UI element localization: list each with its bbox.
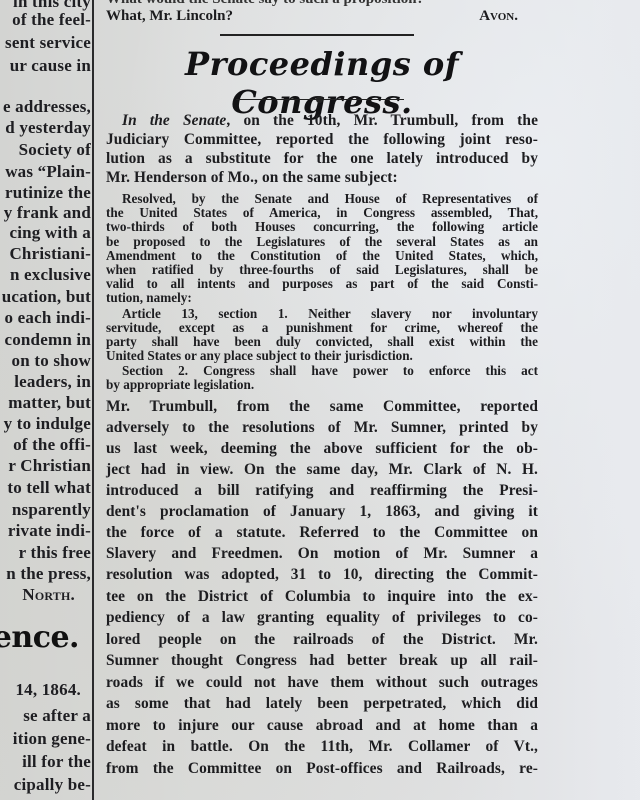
left-col-line: ur cause in [10,56,91,76]
report-line: the force of a statute. Referred to the … [106,524,538,542]
left-col-line: y frank and [4,203,91,223]
left-col-line: on to show [12,351,91,371]
left-col-line: to tell what [7,478,91,498]
left-col-line: Society of [19,140,91,160]
left-col-line: ucation, but [2,287,91,307]
report-line: dent's proclamation of January 1, 1863, … [106,503,538,521]
report-line: pediency of a law granting equality of p… [106,609,538,627]
left-col-line: was “Plain- [5,162,91,182]
left-col-line: r this free [19,543,91,563]
left-col-line: n the press, [6,564,91,584]
resolution-line: two-thirds of both Houses concurring, th… [106,220,538,234]
resolution-line: when ratified by three-fourths of said L… [106,263,538,277]
article-line: by appropriate legislation. [106,378,538,392]
left-col-line: y to indulge [4,414,91,434]
left-col-line: leaders, in [14,372,91,392]
left-col-line: r Christian [8,456,91,476]
previous-article-ending: What, Mr. Lincoln? Avon. [106,8,518,25]
report-line: from the Committee on Post-offices and R… [106,760,538,778]
left-col-heading: ndence. [0,620,79,655]
left-col-line: o each indi- [5,308,91,328]
intro-line: In the Senate, on the 10th, Mr. Trumbull… [106,112,538,130]
left-col-line: of the offi- [13,435,91,455]
intro-line: Mr. Henderson of Mo., on the same subjec… [106,169,538,187]
left-col-line: n exclusive [10,265,91,285]
report-line: adversely to the resolutions of Mr. Sumn… [106,419,538,437]
resolution-line: the United States of America, in Congres… [106,206,538,220]
resolution-line: tution, namely: [106,291,538,305]
report-line: us last week, deeming the above sufficie… [106,440,538,458]
report-line: Slavery and Freedmen. On motion of Mr. S… [106,545,538,563]
report-line: roads if we could not have them without … [106,674,538,692]
resolution-line: Amendment to the Constitution of the Uni… [106,249,538,263]
intro-line: lution as a substitute for the one latel… [106,150,538,168]
report-line: Sumner thought Congress had better break… [106,652,538,670]
section-rule [220,34,414,36]
left-col-signature: North. [22,585,75,605]
report-line: as some that had lately been perpetrated… [106,695,538,713]
left-col-line: sent service [5,33,91,53]
left-col-line: rutinize the [5,183,91,203]
left-col-line: d yesterday [5,118,91,138]
resolution-line: Resolved, by the Senate and House of Rep… [106,192,538,206]
report-line: ject had in view. On the same day, Mr. C… [106,461,538,479]
article-line: servitude, except as a punishment for cr… [106,321,538,335]
article-line: party shall have been duly convicted, sh… [106,335,538,349]
left-column-cropped: in this city of the feel- sent service u… [0,0,93,800]
report-line: Mr. Trumbull, from the same Committee, r… [106,398,538,416]
left-col-line: nsparently [12,500,91,520]
left-col-line: Christiani- [9,244,91,264]
left-col-line: matter, but [8,393,91,413]
report-line: lored people on the railroads of the Dis… [106,631,538,649]
article-line: United States or any place subject to th… [106,349,538,363]
signature: Avon. [479,8,518,25]
left-col-line: ition gene- [13,729,91,749]
ornamental-rule [236,99,404,100]
left-col-line: se after a [23,706,91,726]
report-line: introduced a bill ratifying and reaffirm… [106,482,538,500]
closing-line: What, Mr. Lincoln? [106,8,233,25]
left-col-line: condemn in [4,330,91,350]
resolution-line: valid to all intents and purposes as par… [106,277,538,291]
cropped-previous-line: What would the Senate say to such a prop… [106,0,424,8]
report-line: resolution was adopted, 31 to 10, direct… [106,566,538,584]
article-line: Section 2. Congress shall have power to … [106,364,538,378]
left-col-dateline: 14, 1864. [15,680,81,700]
left-col-line: ill for the [22,752,91,772]
resolution-line: be proposed to the Legislatures of the s… [106,235,538,249]
left-col-line: rivate indi- [8,521,91,541]
intro-lead: In the Senate [122,112,226,129]
report-line: more to injure our cause abroad and at h… [106,717,538,735]
left-col-line: e addresses, [3,97,91,117]
left-col-line: of the feel- [12,10,91,30]
intro-line: Judiciary Committee, reported the follow… [106,131,538,149]
page-margin [556,0,640,800]
left-col-line: cipally be- [14,775,91,795]
report-line: defeat in battle. On the 11th, Mr. Colla… [106,738,538,756]
left-col-line: cing with a [9,223,91,243]
report-line: tee on the District of Columbia to inqui… [106,588,538,606]
article-line: Article 13, section 1. Neither slavery n… [106,307,538,321]
article-title: Proceedings of Congress. [106,45,538,121]
column-divider [92,0,94,800]
